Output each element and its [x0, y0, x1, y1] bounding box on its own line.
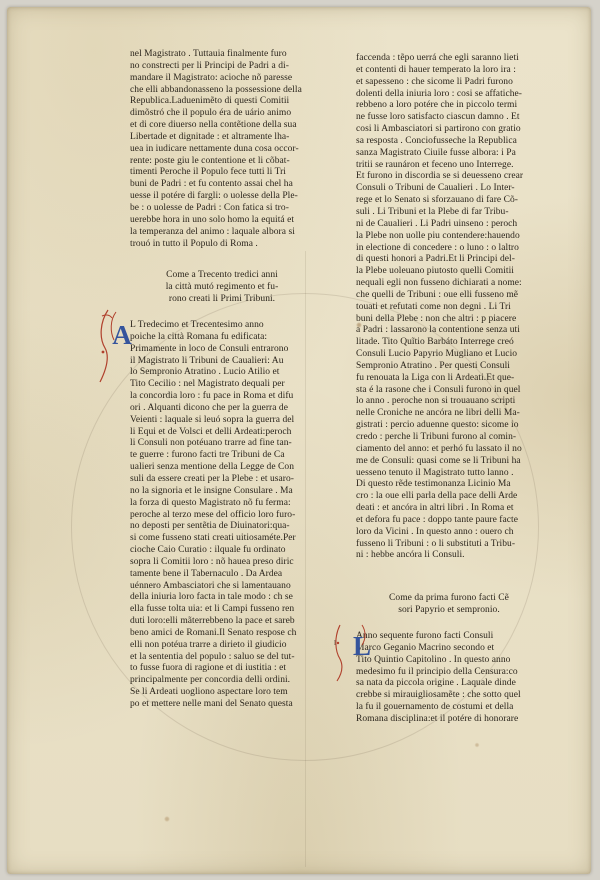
text-line: principalmente per concordia delli ordin…	[130, 675, 314, 687]
text-line: mandare il Magistrato: acioche nõ paress…	[130, 73, 314, 85]
text-line: rebbeno a loro potére che in piccolo ter…	[356, 100, 542, 112]
text-line: tamente bene il Tabernaculo . Da Ardea	[130, 569, 314, 581]
text-line: li Consuli non potéuano trarre ad fine t…	[130, 438, 314, 450]
text-line: fu renouata la Liga con li Ardeati.Et qu…	[356, 373, 542, 385]
text-line: ni : hebbe ancóra li Consuli.	[356, 550, 542, 562]
text-line: Consuli o Tribuni de Caualieri . Lo Inte…	[356, 183, 542, 195]
text-line: sa resposta . Conciofusseche la Republic…	[356, 136, 542, 148]
text-line: Marco Geganio Macrino secondo et	[356, 643, 542, 655]
text-line: no constrecti per li Principi de Padri a…	[130, 61, 314, 73]
text-line: la Plebe non uolle piu contendere:hauend…	[356, 231, 542, 243]
text-line: rente: poste giu le contentione et li cõ…	[130, 156, 314, 168]
text-line: Et furono in discordia se si deuesseno c…	[356, 171, 542, 183]
text-line: Veienti : laquale si leuó sopra la guerr…	[130, 415, 314, 427]
text-line: della iniuria loro facta in tale modo : …	[130, 592, 314, 604]
text-line: et la sententia del populo : saluo se de…	[130, 652, 314, 664]
text-line: a Padri : lassarono la contentione senza…	[356, 325, 542, 337]
text-line: sopra li Comitii loro : nõ hauea preso d…	[130, 557, 314, 569]
text-line: la concordia loro : fu pace in Roma et d…	[130, 391, 314, 403]
text-line: poiche la città Romana fu edificata:	[130, 332, 314, 344]
left-paragraph-2: A L Tredecimo et Trecentesimo annopoiche…	[130, 320, 314, 711]
text-line: nelle Croniche ne ancóra ne libri delli …	[356, 408, 542, 420]
text-line: uesseno tenuto il Magistrato tutto lanno…	[356, 468, 542, 480]
text-line: dolenti della iniuria loro : cosi se aff…	[356, 89, 542, 101]
right-paragraph-2: L l Anno sequente furono facti ConsuliMa…	[356, 631, 542, 726]
left-paragraph-1: nel Magistrato . Tuttauia finalmente fur…	[130, 49, 314, 250]
text-line: rege et lo Senato si sforzauano di fare …	[356, 195, 542, 207]
text-line: Di questo rẽde testimonanza Licinio Ma	[356, 479, 542, 491]
text-line: nequali egli non fusseno dichiarati a no…	[356, 278, 542, 290]
text-line: ciamento del anno: et perhó fu lassato i…	[356, 444, 542, 456]
text-line: litade. Tito Quĩtio Barbáto Interrege cr…	[356, 337, 542, 349]
text-line: fusseno li Tribuni : o li substituti a T…	[356, 539, 542, 551]
text-line: suli . Li Tribuni et la Plebe di far Tri…	[356, 207, 542, 219]
right-paragraph-1: faccenda : tẽpo uerrá che egli saranno l…	[356, 53, 542, 562]
decorated-initial-A: A	[102, 321, 142, 351]
text-line: loro da Vicini . In questo anno : ouero …	[356, 527, 542, 539]
text-line: et defora fu pace : doppo tante paure fa…	[356, 515, 542, 527]
text-line: Consuli Lucio Papyrio Mugliano et Lucio	[356, 349, 542, 361]
text-line: buni de Padri : et fu contento assai che…	[130, 179, 314, 191]
text-line: cosi li Ambasciatori si partirono con gr…	[356, 124, 542, 136]
left-chapter-heading: Come a Trecento tredici annila città mut…	[130, 270, 314, 306]
text-line: la fu il gouernamento de costumi et dell…	[356, 702, 542, 714]
text-line: Romana disciplina:et il potére di honora…	[356, 714, 542, 726]
text-line: Anno sequente furono facti Consuli	[356, 631, 542, 643]
text-line: crebbe si mirauigliosamẽte : che sotto q…	[356, 690, 542, 702]
text-line: et sapesseno : che sicome li Padri furon…	[356, 77, 542, 89]
text-line: medesimo fu il principio della Censura:c…	[356, 667, 542, 679]
text-line: sta é la rasone che i Consuli furono in …	[356, 385, 542, 397]
text-line: che quelli de Tribuni : oue elli fusseno…	[356, 290, 542, 302]
text-line: si come fusseno stati creati uitiosaméte…	[130, 533, 314, 545]
text-line: li Equi et de Volsci et delli Ardeati:pe…	[130, 427, 314, 439]
text-line: sa nata da piccola origine . Laquale din…	[356, 678, 542, 690]
text-line: touati et refutati come non degni . Li T…	[356, 302, 542, 314]
text-line: sanza Magistrato Ciuile fusse albora: i …	[356, 148, 542, 160]
right-column: faccenda : tẽpo uerrá che egli saranno l…	[356, 53, 542, 562]
text-line: me de Consuli: quasi come se li Tribuni …	[356, 456, 542, 468]
text-line: peroche al terzo mese del officio loro f…	[130, 510, 314, 522]
text-line: uénnero Ambasciatori che si lamentauano	[130, 581, 314, 593]
text-line: uerebbe hora in uno solo homo la equitá …	[130, 215, 314, 227]
text-line: te guerre : furono facti tre Tribuni de …	[130, 450, 314, 462]
text-line: Come da prima furono facti Cẽ	[356, 593, 542, 605]
text-line: be : o uolesse de Padri : Con fatica si …	[130, 203, 314, 215]
text-line: cro : la oue elli parla della pace delli…	[356, 491, 542, 503]
text-line: L Tredecimo et Trecentesimo anno	[130, 320, 314, 332]
text-line: Tito Quintio Capitolino . In questo anno	[356, 655, 542, 667]
text-line: la temperanza del animo : laquale albora…	[130, 227, 314, 239]
initial-guide-letter: l	[334, 639, 336, 647]
text-line: sori Papyrio et sempronio.	[356, 605, 542, 617]
text-line: la città mutó regimento et fu-	[130, 282, 314, 294]
text-line: Libertade et dignitade : et altramente l…	[130, 132, 314, 144]
text-line: gistrati : percio aduenne questo: sicome…	[356, 420, 542, 432]
text-line: deati : et ancóra in altri libri . In Ro…	[356, 503, 542, 515]
text-line: Primamente in loco de Consuli entrarono	[130, 344, 314, 356]
text-line: uesse il potére di fargli: o uolesse del…	[130, 191, 314, 203]
text-line: faccenda : tẽpo uerrá che egli saranno l…	[356, 53, 542, 65]
text-line: credo : perche li Tribuni furono al comi…	[356, 432, 542, 444]
text-line: la forza di questo Magistrato nõ fu ferm…	[130, 498, 314, 510]
text-line: nel Magistrato . Tuttauia finalmente fur…	[130, 49, 314, 61]
text-line: no deposti per sentẽtia de Diuinatori:qu…	[130, 521, 314, 533]
text-line: Tito Cecilio : nel Magistrato dequali pe…	[130, 379, 314, 391]
text-line: il Magistrato li Tribuni de Caualieri: A…	[130, 356, 314, 368]
text-line: Come a Trecento tredici anni	[130, 270, 314, 282]
text-line: dimõstró che il populo éra de uário anim…	[130, 108, 314, 120]
text-line: timenti Peroche il Populo fece tutti li …	[130, 167, 314, 179]
text-line: po et mettere nelle mani del Senato ques…	[130, 699, 314, 711]
text-line: lo anno . peroche non si trouauano scrip…	[356, 396, 542, 408]
right-chapter-heading: Come da prima furono facti Cẽsori Papyri…	[356, 593, 542, 617]
text-line: in electione di concedere : o luno : o l…	[356, 243, 542, 255]
text-line: et di core diuerso nella contẽtione dell…	[130, 120, 314, 132]
text-line: elli non potéua trarre a dirieto il giud…	[130, 640, 314, 652]
text-line: Sempronio Atratino . Per questi Consuli	[356, 361, 542, 373]
text-line: to fusse fuora di ragione et di iustitia…	[130, 663, 314, 675]
text-line: ni de Caualieri . Li Padri uinseno : per…	[356, 219, 542, 231]
text-line: beno amici de Romani.Il Senato respose c…	[130, 628, 314, 640]
text-line: ne fusse loro satisfacto ciascun damno .…	[356, 112, 542, 124]
text-line: di questi honori a Padri.Et li Principi …	[356, 254, 542, 266]
text-line: rono creati li Primi Tribuni.	[130, 294, 314, 306]
text-line: Republica.Laduenimẽto di questi Comitii	[130, 96, 314, 108]
text-line: ori . Alquanti dicono che per la guerra …	[130, 403, 314, 415]
left-column: nel Magistrato . Tuttauia finalmente fur…	[130, 49, 314, 250]
text-line: ella fusse tolta uia: et li Campi fussen…	[130, 604, 314, 616]
text-line: trouó in tutto il Populo di Roma .	[130, 239, 314, 251]
text-line: duti loro:elli mãterrebbeno la pace et s…	[130, 616, 314, 628]
text-line: la Plebe uoleuano piutosto quelli Comiti…	[356, 266, 542, 278]
decorated-initial-L: L	[342, 632, 382, 662]
text-line: cioche Caio Curatio : ilquale fu ordinat…	[130, 545, 314, 557]
text-line: suli da essere creati per la Plebe : et …	[130, 474, 314, 486]
text-line: uea in iudicare nettamente duna cosa occ…	[130, 144, 314, 156]
text-line: ualieri senza mentione della Legge de Co…	[130, 462, 314, 474]
text-line: Se li Ardeati uogliono aspectare loro te…	[130, 687, 314, 699]
text-line: buni della Plebe : non che altri : p pia…	[356, 314, 542, 326]
text-line: no la signoria et le insigne Consulare .…	[130, 486, 314, 498]
text-line: tritii se raunáron et feceno uno Interre…	[356, 160, 542, 172]
text-line: che elli abbandonasseno la possessione d…	[130, 85, 314, 97]
text-line: et contenti di hauer temperato la loro i…	[356, 65, 542, 77]
text-line: lo Sempronio Atratino . Lucio Atilio et	[130, 367, 314, 379]
